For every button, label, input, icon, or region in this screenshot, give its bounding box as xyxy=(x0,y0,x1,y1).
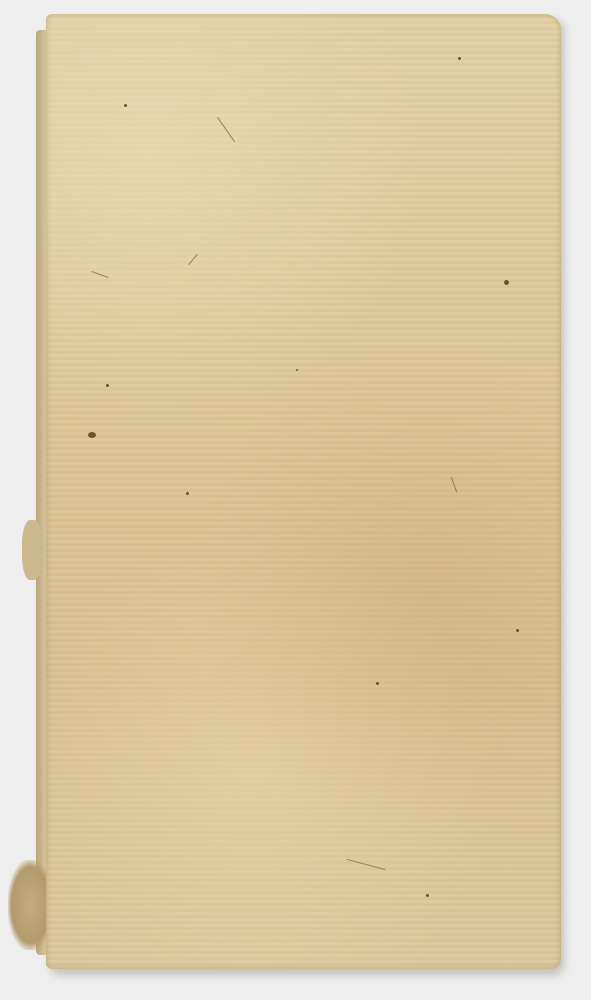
speck xyxy=(124,104,127,107)
speck xyxy=(106,384,109,387)
fiber xyxy=(347,859,386,870)
speck xyxy=(426,894,429,897)
speck xyxy=(376,682,379,685)
speck xyxy=(504,280,509,285)
fiber xyxy=(188,254,198,265)
speck xyxy=(458,57,461,60)
spine-tear xyxy=(22,520,42,580)
fiber xyxy=(91,271,108,278)
fiber xyxy=(217,117,235,142)
speck xyxy=(296,369,298,371)
speck xyxy=(516,629,519,632)
fiber xyxy=(451,477,457,492)
speck xyxy=(186,492,189,495)
speck xyxy=(88,432,96,438)
book-cover xyxy=(46,14,561,969)
